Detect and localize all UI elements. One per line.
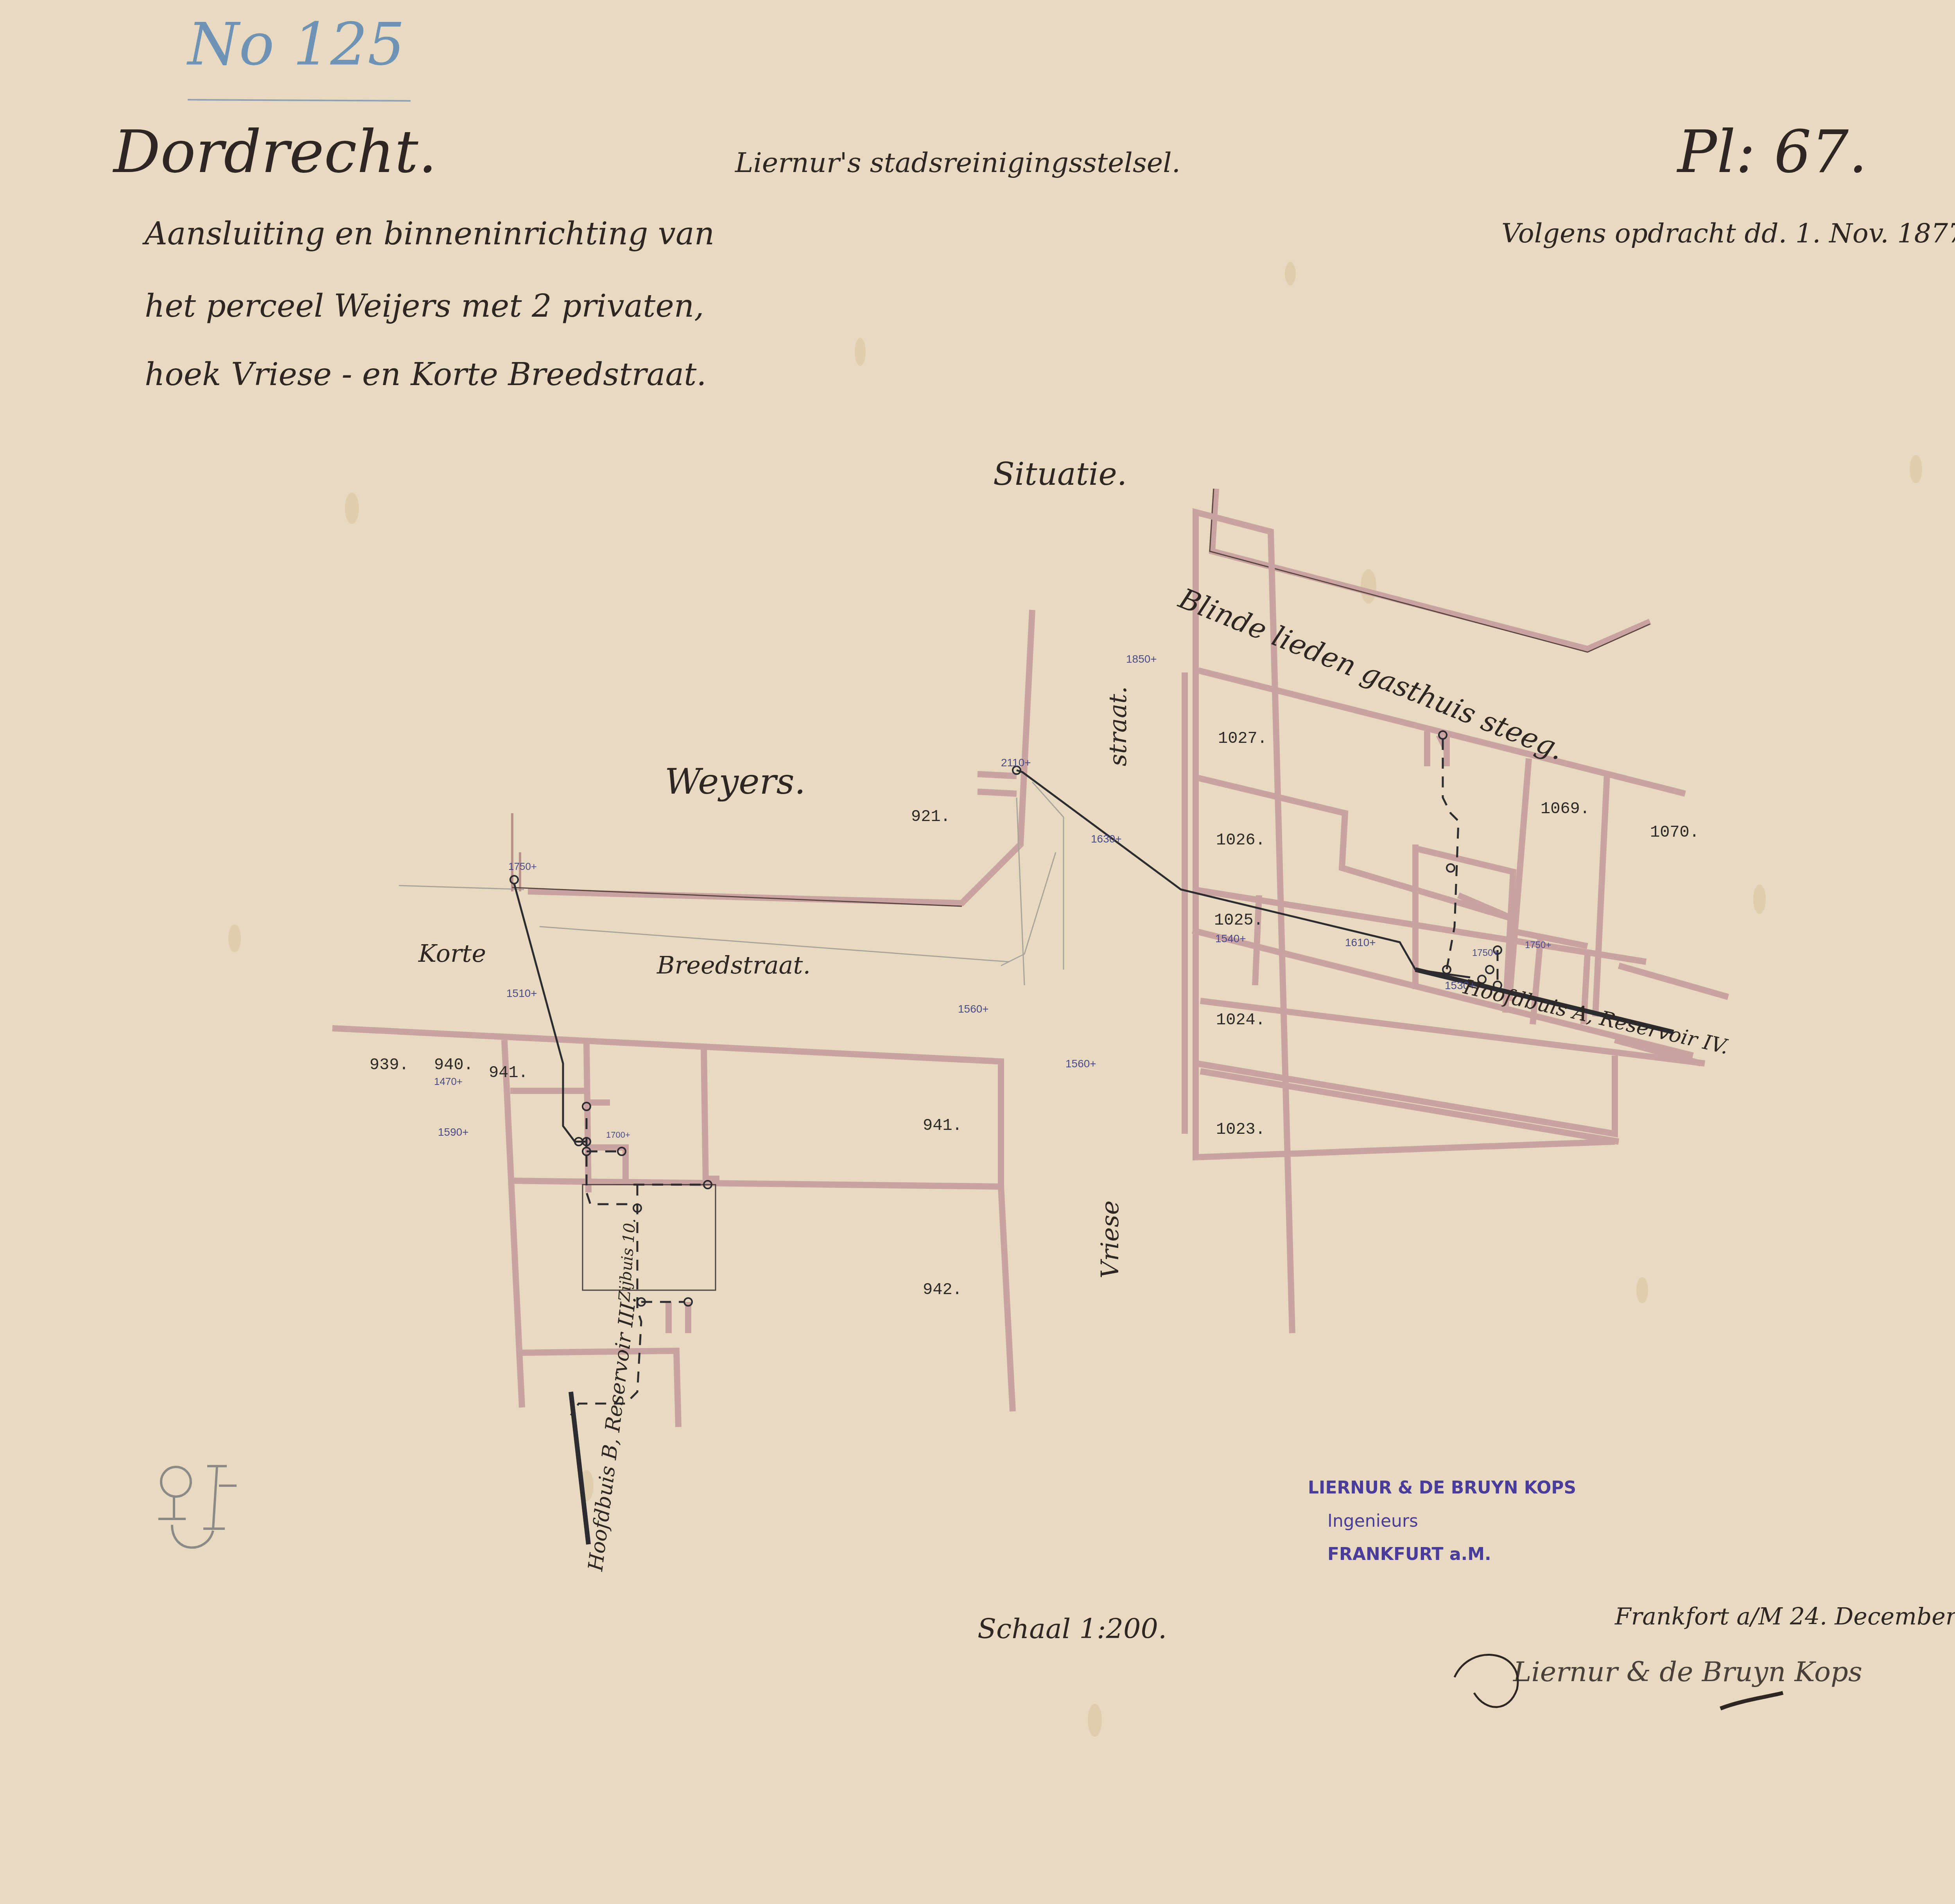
parcel-939: 939. (369, 1056, 409, 1074)
elevation-mark: 1750+ (1525, 940, 1551, 950)
stamp-line-3: FRANKFURT a.M. (1327, 1544, 1491, 1564)
elevation-mark: 1630+ (1091, 833, 1122, 845)
parcel-942: 942. (923, 1280, 962, 1299)
parcel-1069: 1069. (1541, 800, 1590, 818)
street-label-vriese: Vriese (1096, 1201, 1124, 1278)
stamp-line-2: Ingenieurs (1327, 1511, 1418, 1531)
elevation-mark: 1540+ (1215, 932, 1246, 945)
parcel-1025: 1025. (1214, 911, 1263, 930)
order-reference: Volgens opdracht dd. 1. Nov. 1877 No 451… (1501, 218, 1955, 249)
stamp-line-1: LIERNUR & DE BRUYN KOPS (1308, 1478, 1576, 1498)
parcel-1024: 1024. (1216, 1011, 1265, 1029)
parcel-1070: 1070. (1650, 823, 1699, 842)
elevation-mark: 1850+ (1126, 653, 1157, 665)
parcel-941-large: 941. (923, 1116, 962, 1135)
elevation-mark: 1750+ (508, 861, 537, 872)
sewer-plan-map: No 125 Dordrecht. Liernur's stadsreinigi… (0, 0, 1955, 1904)
owner-label-weyers: Weyers. (665, 761, 805, 802)
parcel-1027: 1027. (1218, 729, 1267, 748)
description-line-3: hoek Vriese - en Korte Breedstraat. (145, 356, 707, 393)
elevation-mark: 1560+ (1065, 1058, 1096, 1070)
elevation-mark: 1590+ (438, 1126, 469, 1138)
section-title: Situatie. (993, 456, 1127, 492)
description-line-2: het perceel Weijers met 2 privaten, (145, 288, 704, 324)
elevation-mark: 1470+ (434, 1076, 463, 1087)
drawing-sheet: No 125 Dordrecht. Liernur's stadsreinigi… (0, 0, 1955, 1904)
parcel-921: 921. (911, 807, 951, 826)
elevation-mark: 1560+ (958, 1003, 989, 1015)
parcel-941-small: 941. (489, 1063, 528, 1082)
plate-number: Pl: 67. (1676, 118, 1867, 186)
archive-number: No 125 (187, 11, 405, 79)
elevation-mark: 1750+ (1472, 948, 1498, 958)
signature: Liernur & de Bruyn Kops (1512, 1656, 1862, 1688)
parcel-940: 940. (434, 1056, 474, 1074)
street-label-breedstraat: Breedstraat. (656, 951, 811, 979)
city-title: Dordrecht. (112, 118, 437, 186)
system-title: Liernur's stadsreinigingsstelsel. (734, 147, 1180, 179)
parcel-1026: 1026. (1216, 831, 1265, 850)
elevation-mark: 1510+ (506, 987, 537, 999)
elevation-mark: 1700+ (606, 1130, 630, 1140)
street-label-korte: Korte (418, 939, 486, 968)
parcel-1023: 1023. (1216, 1120, 1265, 1139)
scale-label: Schaal 1:200. (977, 1613, 1167, 1645)
elevation-mark: 2110+ (1001, 757, 1031, 769)
street-label-straat: straat. (1103, 686, 1132, 766)
description-line-1: Aansluiting en binneninrichting van (142, 215, 714, 252)
elevation-mark: 1610+ (1345, 936, 1376, 948)
place-date: Frankfort a/M 24. December 1877. (1614, 1603, 1955, 1630)
